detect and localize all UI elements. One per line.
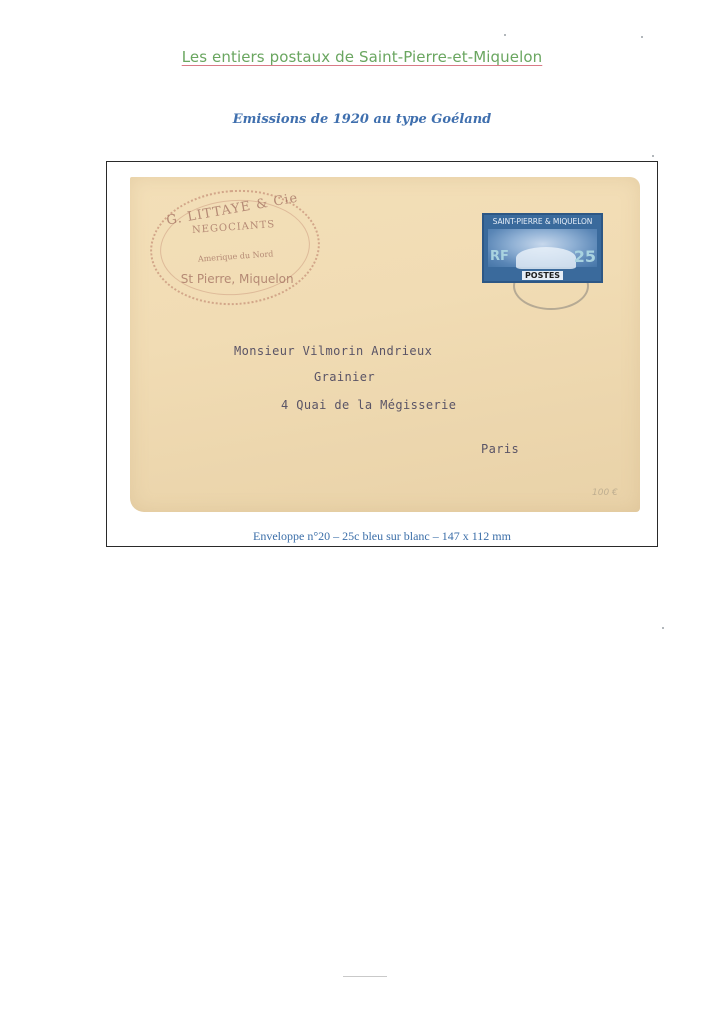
- stamp-country: SAINT-PIERRE & MIQUELON: [484, 217, 601, 226]
- address-line-1: Monsieur Vilmorin Andrieux: [234, 344, 432, 358]
- seagull-icon: [516, 247, 576, 269]
- imprinted-stamp: SAINT-PIERRE & MIQUELON RF 25 POSTES: [482, 213, 603, 283]
- scan-speck: [504, 34, 506, 36]
- stamp-value: 25: [574, 247, 596, 266]
- stamp-postes-text: POSTES: [522, 271, 563, 280]
- page-title: Les entiers postaux de Saint-Pierre-et-M…: [0, 48, 724, 66]
- footer-mark: [343, 976, 387, 977]
- cachet-line-4: St Pierre, Miquelon: [154, 272, 320, 286]
- stamp-postes-label: POSTES: [484, 271, 601, 280]
- scan-speck: [652, 155, 654, 157]
- stamp-monogram: RF: [490, 249, 509, 264]
- page-subtitle: Emissions de 1920 au type Goéland: [0, 112, 724, 127]
- address-line-2: Grainier: [314, 370, 375, 384]
- item-caption: Enveloppe n°20 – 25c bleu sur blanc – 14…: [0, 529, 724, 544]
- scan-speck: [662, 627, 664, 629]
- scan-speck: [641, 36, 643, 38]
- address-line-3: 4 Quai de la Mégisserie: [281, 398, 456, 412]
- pencil-price-note: 100 €: [592, 488, 618, 498]
- address-line-4: Paris: [481, 442, 519, 456]
